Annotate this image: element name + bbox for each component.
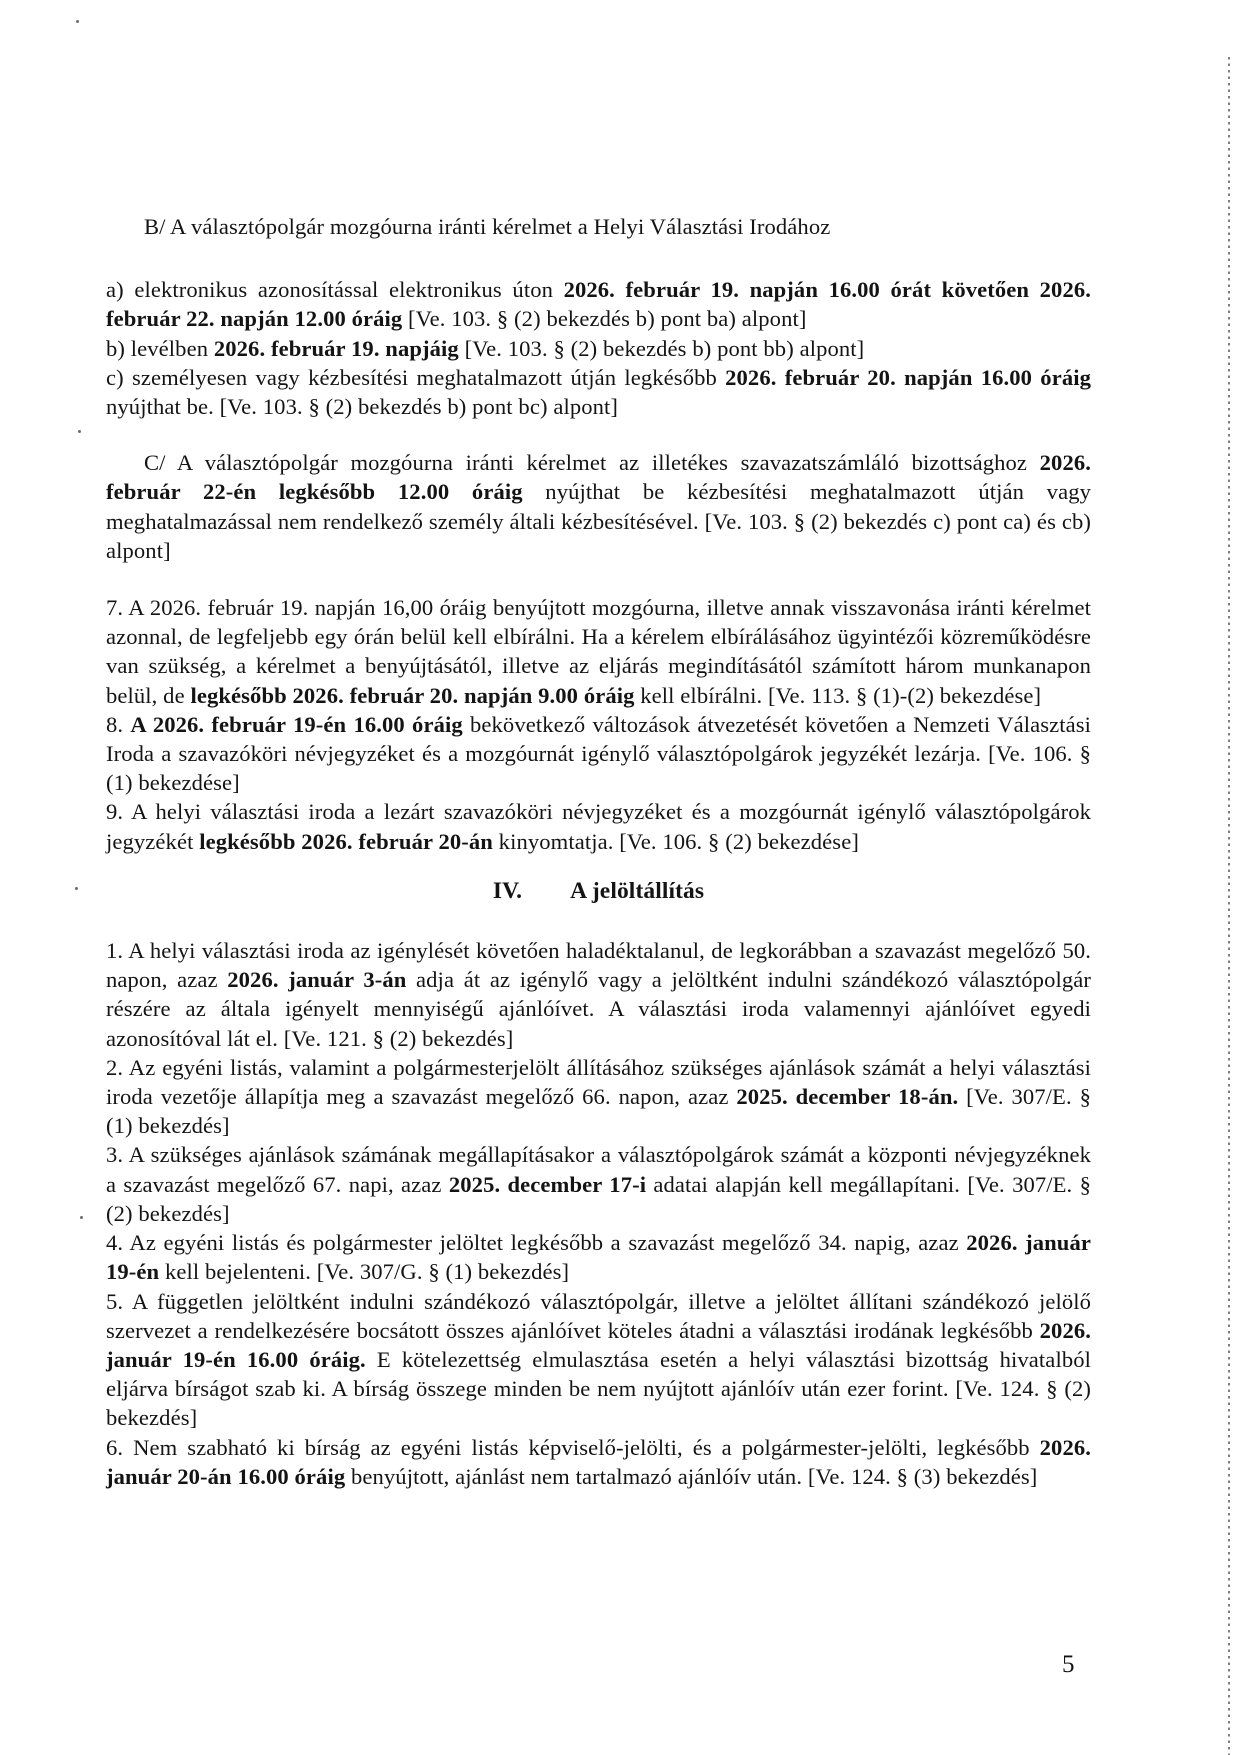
emphasis-text-run: 2025. december 18-án. — [736, 1084, 958, 1109]
text-run: kinyomtatja. [Ve. 106. § (2) bekezdése] — [493, 829, 859, 854]
section-iv-heading: IV.A jelöltállítás — [106, 877, 1091, 906]
text-run: benyújtott, ajánlást nem tartalmazó aján… — [345, 1464, 1037, 1489]
section-c-paragraph: C/ A választópolgár mozgóurna iránti kér… — [106, 448, 1091, 565]
emphasis-text-run: IV. — [493, 878, 522, 904]
text-run: 4. Az egyéni listás és polgármester jelö… — [106, 1230, 966, 1255]
point-3: 3. A szükséges ajánlások számának megáll… — [106, 1140, 1091, 1228]
emphasis-text-run: 2026. február 19. napjáig — [214, 336, 459, 361]
emphasis-text-run: 2026. január 3-án — [227, 967, 406, 992]
scanned-document-page: B/ A választópolgár mozgóurna iránti kér… — [0, 0, 1241, 1755]
text-run: 5. A független jelöltként indulni szándé… — [106, 1289, 1097, 1343]
document-body: B/ A választópolgár mozgóurna iránti kér… — [106, 212, 1091, 1491]
emphasis-text-run: 2026. február 20. napján 16.00 óráig — [725, 365, 1091, 390]
point-8: 8. A 2026. február 19-én 16.00 óráig bek… — [106, 710, 1091, 798]
point-4: 4. Az egyéni listás és polgármester jelö… — [106, 1228, 1091, 1286]
point-2: 2. Az egyéni listás, valamint a polgárme… — [106, 1053, 1091, 1141]
text-run: 6. Nem szabható ki bírság az egyéni list… — [106, 1435, 1040, 1460]
text-run: 8. — [106, 712, 130, 737]
text-run: a) elektronikus azonosítással elektronik… — [106, 277, 564, 302]
item-b: b) levélben 2026. február 19. napjáig [V… — [106, 334, 1091, 363]
text-run: kell elbírálni. [Ve. 113. § (1)-(2) beke… — [635, 683, 1042, 708]
text-run: B/ A választópolgár mozgóurna iránti kér… — [144, 214, 830, 239]
point-7: 7. A 2026. február 19. napján 16,00 órái… — [106, 593, 1091, 710]
point-9: 9. A helyi választási iroda a lezárt sza… — [106, 797, 1091, 855]
emphasis-text-run: A 2026. február 19-én 16.00 óráig — [130, 712, 462, 737]
item-c: c) személyesen vagy kézbesítési meghatal… — [106, 363, 1091, 421]
point-6: 6. Nem szabható ki bírság az egyéni list… — [106, 1433, 1091, 1491]
text-run: kell bejelenteni. [Ve. 307/G. § (1) beke… — [159, 1259, 569, 1284]
text-run: c) személyesen vagy kézbesítési meghatal… — [106, 365, 725, 390]
scan-speck — [80, 1216, 83, 1219]
page-number: 5 — [1062, 1650, 1075, 1680]
scan-speck — [78, 430, 81, 433]
scan-edge-artifact — [1228, 57, 1230, 1755]
emphasis-text-run: 2025. december 17-i — [449, 1172, 646, 1197]
item-a: a) elektronikus azonosítással elektronik… — [106, 275, 1091, 333]
point-5: 5. A független jelöltként indulni szándé… — [106, 1287, 1091, 1433]
scan-speck — [75, 887, 78, 890]
emphasis-text-run: A jelöltállítás — [570, 878, 704, 904]
text-run: [Ve. 103. § (2) bekezdés b) pont ba) alp… — [402, 306, 806, 331]
scan-speck — [76, 20, 79, 23]
section-b-heading: B/ A választópolgár mozgóurna iránti kér… — [106, 212, 1091, 241]
emphasis-text-run: legkésőbb 2026. február 20-án — [199, 829, 493, 854]
text-run: b) levélben — [106, 336, 214, 361]
point-1: 1. A helyi választási iroda az igénylésé… — [106, 936, 1091, 1053]
text-run: [Ve. 103. § (2) bekezdés b) pont bb) alp… — [459, 336, 864, 361]
text-run: C/ A választópolgár mozgóurna iránti kér… — [144, 450, 1040, 475]
emphasis-text-run: legkésőbb 2026. február 20. napján 9.00 … — [190, 683, 634, 708]
